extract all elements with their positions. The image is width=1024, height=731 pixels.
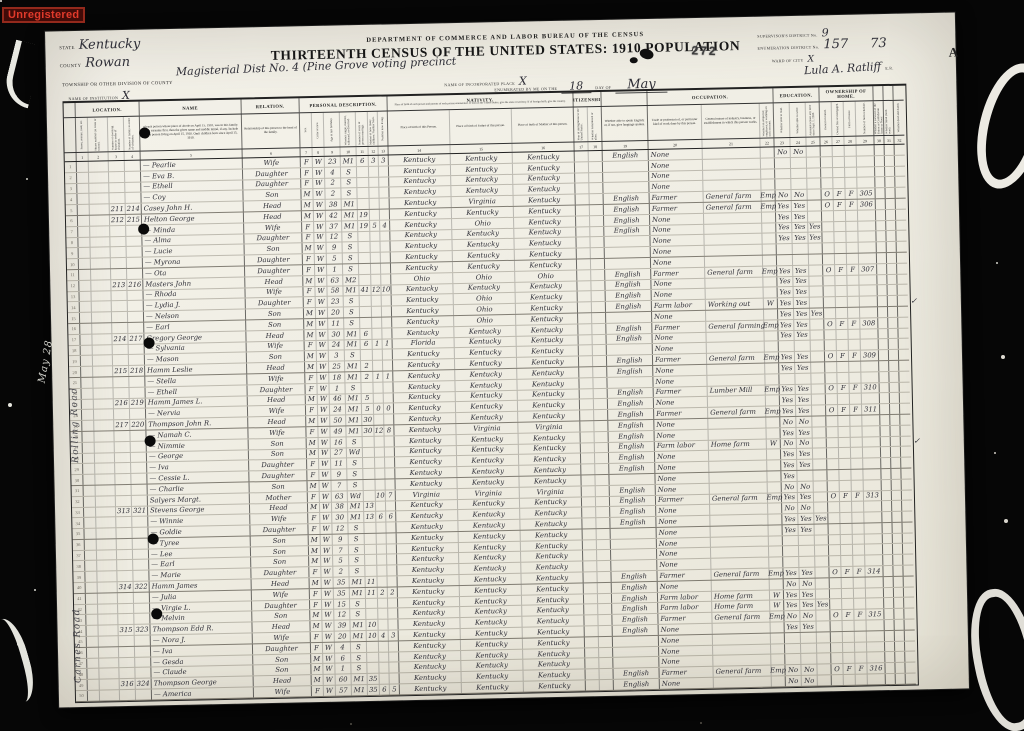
cell-value: Wife [263, 159, 279, 167]
group-label: LOCATION. [92, 107, 122, 113]
cell-farm_house [846, 232, 858, 242]
cell-language: English [604, 193, 650, 204]
cell-value: Yes [795, 288, 807, 296]
cell-pob_father: Kentucky [462, 671, 524, 682]
cell-value: 13 [365, 513, 374, 521]
cell-yrs_married [357, 177, 369, 187]
cell-blank [580, 389, 594, 399]
cell-write [791, 168, 807, 178]
cell-industry [711, 547, 769, 558]
column-desc-cell: Number of dwelling house in order of vis… [108, 117, 125, 151]
cell-pob_father: Kentucky [459, 563, 521, 574]
cell-industry [709, 471, 767, 482]
cell-relation: Wife [248, 406, 306, 417]
cell-value: S [347, 233, 352, 241]
cell-children_born [369, 177, 379, 187]
group-cell: RELATION. [241, 98, 299, 113]
cell-family [127, 247, 143, 257]
cell-value: Yes [799, 450, 811, 458]
column-description: Number of farm schedule. [863, 103, 867, 135]
column-desc-cell: Whether blind (both eyes). [884, 101, 895, 135]
cell-blank [890, 415, 900, 425]
cell-value: — America [154, 690, 192, 699]
cell-mark [905, 652, 915, 662]
cell-children_born [371, 242, 381, 252]
cell-color: W [317, 383, 329, 393]
cell-value: Kentucky [533, 412, 565, 421]
cell-blank [583, 561, 597, 571]
cell-farm_house [845, 146, 857, 156]
cell-write: Yes [800, 589, 816, 599]
cell-value: F [837, 201, 842, 209]
cell-sex: F [306, 427, 318, 437]
cell-value: 215 [127, 216, 140, 224]
cell-children_born [371, 264, 381, 274]
cell-pob_mother: Kentucky [517, 367, 579, 378]
group-cell: PERSONAL DESCRIPTION. [299, 96, 387, 112]
cell-marital: S [347, 480, 363, 490]
cell-value: M [304, 212, 311, 220]
cell-blank [577, 248, 591, 258]
cell-value: S [349, 308, 354, 316]
cell-value: M1 [353, 632, 364, 640]
cell-value: Kentucky [537, 639, 569, 648]
cell-blank [79, 270, 91, 280]
cell-family [133, 571, 149, 581]
cell-blank [885, 177, 895, 187]
cell-value: Kentucky [475, 640, 507, 649]
cell-value: 310 [864, 384, 877, 392]
column-desc-cell: Place of birth of Father of this person. [450, 109, 513, 144]
cell-pob: Kentucky [394, 413, 456, 424]
cell-value: Kentucky [412, 598, 444, 607]
cell-pob_father: Kentucky [459, 541, 521, 552]
cell-value: 42 [329, 211, 338, 219]
cell-free: F [842, 610, 854, 620]
cell-pob_father: Kentucky [451, 164, 513, 175]
cell-value: Gregory George [146, 333, 202, 342]
cell-read: No [781, 438, 797, 448]
group-label: RELATION. [256, 103, 285, 109]
cell-farm_no [862, 415, 880, 425]
cell-value: — Julia [152, 593, 177, 602]
cell-value: Yes [794, 223, 806, 231]
cell-blank [579, 378, 593, 388]
cell-value: Kentucky [408, 371, 440, 380]
scan-speckle-artifacts [0, 0, 2, 2]
cell-color: W [316, 308, 328, 318]
cell-blank [880, 415, 890, 425]
cell-value: F [855, 492, 860, 500]
cell-value: F [307, 288, 312, 296]
cell-house [97, 571, 117, 581]
cell-industry [706, 310, 764, 321]
cell-blank [80, 313, 92, 323]
cell-value: S [354, 524, 359, 532]
cell-sex: F [311, 643, 323, 653]
cell-value: S [355, 600, 360, 608]
cell-line: 17 [68, 335, 80, 345]
cell-marital: S [344, 318, 360, 328]
cell-yrs_married: 6 [361, 339, 373, 349]
cell-value: Daughter [257, 266, 290, 275]
cell-value: F [853, 384, 858, 392]
cell-color: W [321, 545, 333, 555]
cell-line: 30 [71, 475, 83, 485]
cell-value: S [351, 384, 356, 392]
cell-value: Farmer [662, 668, 687, 677]
cell-value: Wife [265, 223, 281, 231]
line-number: 39 [77, 575, 81, 580]
line-number: 15 [71, 316, 75, 321]
cell-farm_house: F [850, 383, 862, 393]
column-number: 20 [673, 142, 677, 147]
cell-value: Kentucky [408, 393, 440, 402]
cell-blank [581, 464, 595, 474]
cell-value: — Lee [151, 550, 173, 558]
cell-blank [584, 615, 598, 625]
cell-value: M [305, 277, 312, 285]
cell-value: 30 [332, 330, 341, 338]
column-number-cell: 16 [512, 143, 574, 152]
cell-value: Kentucky [538, 671, 570, 680]
cell-line: 2 [65, 173, 77, 183]
cell-color: W [316, 329, 328, 339]
cell-house [91, 269, 111, 279]
cell-value: Kentucky [474, 586, 506, 595]
cell-value: Kentucky [468, 284, 500, 293]
line-number: 29 [74, 467, 78, 472]
cell-blank [78, 226, 90, 236]
cell-value: F [857, 611, 862, 619]
group-label-wrap: OCCUPATION. [647, 93, 772, 101]
cell-dwelling [110, 226, 126, 236]
cell-value: 3 [371, 157, 375, 165]
cell-age: 30 [332, 513, 348, 523]
group-cell [601, 91, 647, 106]
cell-farm_no [866, 588, 884, 598]
cell-blank [878, 329, 888, 339]
cell-occupation: None [655, 451, 709, 462]
cell-value: Kentucky [404, 220, 436, 229]
cell-dwelling [120, 690, 136, 700]
cell-value: 23 [331, 298, 340, 306]
cell-sex: F [305, 384, 317, 394]
cell-value: English [619, 486, 645, 495]
cell-industry [711, 525, 769, 536]
cell-color: W [319, 470, 331, 480]
cell-farm_house [849, 340, 861, 350]
cell-value: 6 [389, 513, 393, 521]
cell-blank [585, 659, 599, 669]
cell-occupation: Farmer [654, 386, 708, 397]
cell-blank [594, 399, 608, 409]
cell-blank [79, 280, 91, 290]
group-cell: LOCATION. [76, 102, 140, 117]
cell-blank [582, 507, 596, 517]
cell-yrs_married [363, 458, 375, 468]
cell-language: English [608, 387, 654, 398]
cell-house [92, 323, 112, 333]
cell-family [133, 560, 149, 570]
cell-yrs_married [367, 642, 379, 652]
cell-free: F [843, 664, 855, 674]
cell-value: Son [274, 612, 287, 620]
cell-value: Kentucky [407, 328, 439, 337]
cell-value: Yes [811, 309, 823, 317]
cell-language: English [604, 226, 650, 237]
cell-owned [830, 578, 842, 588]
cell-value: M [307, 363, 314, 371]
cell-value: None [656, 399, 675, 407]
cell-children_born: 4 [379, 631, 389, 641]
cell-value: Wife [267, 342, 283, 350]
cell-yrs_married: 35 [368, 685, 380, 695]
cell-relation: Daughter [252, 600, 310, 611]
cell-blank [85, 550, 97, 560]
cell-industry: General farm [708, 407, 766, 418]
cell-value: Kentucky [469, 359, 501, 368]
cell-free [838, 416, 850, 426]
cell-value: M1 [343, 157, 354, 165]
cell-pob_mother: Kentucky [520, 497, 582, 508]
cell-dwelling [111, 247, 127, 257]
cell-value: Home farm [714, 602, 753, 611]
cell-relation: Son [246, 308, 304, 319]
cell-value: None [654, 291, 673, 299]
cell-value: Yes [779, 277, 791, 285]
cell-free: F [836, 319, 848, 329]
cell-blank [880, 393, 890, 403]
cell-value: Yes [817, 601, 829, 609]
cell-value: — Winnie [150, 517, 183, 526]
cell-farm_house [855, 631, 867, 641]
line-number: 14 [71, 305, 75, 310]
cell-value: No [794, 191, 804, 199]
cell-value: Farm labor [660, 603, 698, 612]
cell-children_born [377, 533, 387, 543]
cell-value: Farmer [656, 388, 681, 397]
cell-value: 2 [364, 362, 368, 370]
cell-value: None [651, 183, 670, 191]
cell-read: Yes [783, 525, 799, 535]
cell-relation: Son [251, 546, 309, 557]
cell-value: Kentucky [537, 649, 569, 658]
cell-blank [882, 501, 892, 511]
cell-school [814, 481, 828, 491]
cell-school [811, 341, 825, 351]
cell-value: Kentucky [534, 498, 566, 507]
cell-pob: Kentucky [392, 305, 454, 316]
cell-value: Kentucky [409, 425, 441, 434]
cell-owned [825, 340, 837, 350]
cell-language: English [604, 215, 650, 226]
cell-value: None [656, 420, 675, 428]
cell-blank [84, 496, 96, 506]
cell-value: Head [267, 396, 286, 404]
cell-employer [761, 147, 775, 157]
cell-mark [903, 533, 913, 543]
cell-blank [576, 194, 590, 204]
line-number: 49 [79, 683, 83, 688]
cell-blank [877, 253, 887, 263]
cell-value: Kentucky [473, 553, 505, 562]
cell-blank [597, 540, 611, 550]
cell-house [89, 161, 109, 171]
cell-value: Kentucky [537, 606, 569, 615]
cell-industry [711, 536, 769, 547]
cell-blank [885, 145, 895, 155]
cell-school [813, 459, 827, 469]
cell-blank [82, 432, 94, 442]
cell-blank [886, 231, 896, 241]
cell-value: Yes [784, 493, 796, 501]
cell-free [840, 502, 852, 512]
cell-free [834, 232, 846, 242]
cell-marital: M1 [350, 588, 366, 598]
cell-dwelling [111, 290, 127, 300]
cell-house [95, 453, 115, 463]
cell-children_born [375, 436, 385, 446]
cell-value: English [621, 583, 647, 592]
cell-write: No [802, 676, 818, 686]
group-label: EDUCATION. [780, 92, 813, 98]
cell-pob_mother: Kentucky [522, 594, 584, 605]
cell-children_born: 10 [376, 490, 386, 500]
cell-read: No [776, 190, 792, 200]
cell-dwelling [109, 183, 125, 193]
cell-marital: S [349, 534, 365, 544]
cell-value: 0 [386, 405, 390, 413]
cell-age: 23 [325, 156, 341, 166]
cell-value: O [829, 406, 835, 414]
cell-yrs_married: 11 [366, 588, 378, 598]
cell-write: Yes [796, 384, 812, 394]
cell-children_born [372, 318, 382, 328]
cell-owned: O [823, 265, 835, 275]
cell-value: No [785, 504, 795, 512]
cell-line: 37 [73, 551, 85, 561]
cell-employer [768, 482, 782, 492]
cell-value: 4 [382, 221, 386, 229]
cell-farm_house [856, 675, 868, 685]
cell-owned [827, 448, 839, 458]
cell-family [131, 452, 147, 462]
cell-sex: M [309, 556, 321, 566]
cell-marital: S [350, 609, 366, 619]
cell-industry: General farm [710, 493, 768, 504]
cell-school [808, 200, 822, 210]
cell-marital: S [345, 383, 361, 393]
cell-read: Yes [776, 212, 792, 222]
cell-value: F [850, 265, 855, 273]
line-number: 38 [76, 564, 80, 569]
cell-value: 314 [119, 583, 132, 591]
cell-children_born [372, 328, 382, 338]
cell-blank [891, 469, 901, 479]
cell-owned: O [826, 384, 838, 394]
cell-dwelling [111, 269, 127, 279]
cell-value: 4 [381, 632, 385, 640]
cell-value: 324 [137, 680, 150, 688]
cell-blank [881, 436, 891, 446]
cell-value: Yes [783, 450, 795, 458]
line-number: 9 [71, 251, 73, 256]
cell-blank [584, 605, 598, 615]
cell-dwelling [109, 193, 125, 203]
cell-language: English [613, 668, 659, 679]
cell-value: W [316, 222, 323, 230]
cell-school [816, 611, 830, 621]
cell-blank [892, 523, 902, 533]
cell-house [91, 280, 111, 290]
cell-blank [879, 361, 889, 371]
column-description: Number of family in order of visitation. [128, 118, 135, 150]
column-description: Whether deaf and dumb. [897, 103, 901, 133]
cell-read [783, 546, 799, 556]
cell-color: W [322, 610, 334, 620]
cell-value: No [799, 418, 809, 426]
cell-sex: F [308, 524, 320, 534]
cell-value: Kentucky [532, 379, 564, 388]
cell-value: O [832, 568, 838, 576]
cell-blank [887, 274, 897, 284]
cell-value: Son [273, 547, 286, 555]
cell-house [94, 420, 114, 430]
cell-read [783, 536, 799, 546]
cell-pob: Kentucky [397, 543, 459, 554]
cell-age: 4 [335, 642, 351, 652]
cell-blank [87, 637, 99, 647]
cell-value: 217 [115, 421, 128, 429]
cell-yrs_married [366, 598, 378, 608]
cell-value: Yes [786, 601, 798, 609]
cell-value: Kentucky [530, 315, 562, 324]
cell-farm_house [846, 210, 858, 220]
cell-employer [768, 504, 782, 514]
cell-free: F [840, 491, 852, 501]
cell-farm_house [849, 362, 861, 372]
cell-value: Kentucky [404, 177, 436, 186]
cell-value: W [325, 643, 332, 651]
cell-value: S [354, 557, 359, 565]
cell-sex: M [304, 319, 316, 329]
cell-value: Kentucky [410, 479, 442, 488]
cell-value: 315 [119, 626, 132, 634]
cell-children_born [376, 523, 386, 533]
cell-children_born [376, 501, 386, 511]
cell-age: 4 [325, 167, 341, 177]
cell-blank [597, 529, 611, 539]
cell-blank [576, 216, 590, 226]
cell-pob_father: Kentucky [457, 455, 519, 466]
cell-pob_mother: Kentucky [515, 281, 577, 292]
cell-free [840, 513, 852, 523]
cell-farm_no [864, 480, 882, 490]
cell-school [814, 492, 828, 502]
cell-sex: M [312, 675, 324, 685]
cell-value: Son [266, 245, 279, 253]
cell-value: Yes [809, 223, 821, 231]
cell-occupation: None [659, 656, 713, 667]
cell-value: W [325, 633, 332, 641]
cell-value: Yes [782, 396, 794, 404]
cell-blank [79, 259, 91, 269]
cell-yrs_married [360, 318, 372, 328]
cell-age: 9 [333, 534, 349, 544]
cell-industry: General farm [711, 569, 769, 580]
cell-value: W [323, 557, 330, 565]
